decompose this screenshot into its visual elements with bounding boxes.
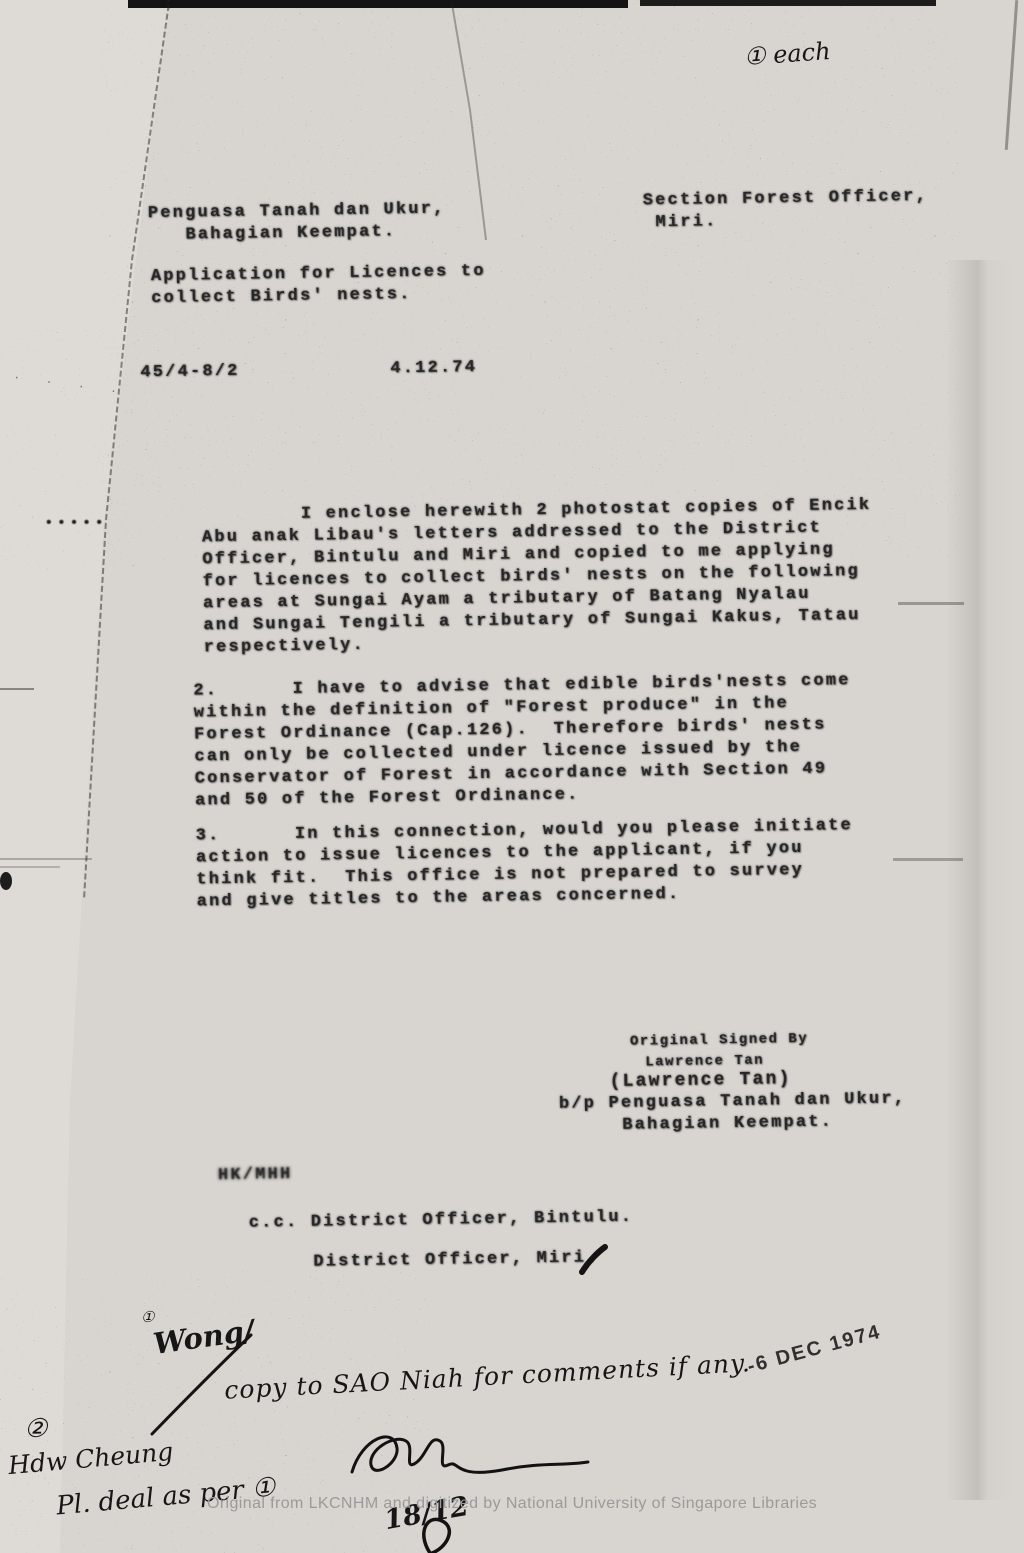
library-watermark: Original from LKCNHM and digitized by Na… xyxy=(0,1495,1024,1513)
signature-title-2: Bahagian Keempat. xyxy=(622,1112,833,1137)
handwritten-marker-2: ② xyxy=(24,1414,47,1444)
cc-line-2: District Officer, Miri. xyxy=(313,1247,599,1273)
cc-line-1: c.c. District Officer, Bintulu. xyxy=(249,1207,634,1235)
handwritten-marker-1: ① xyxy=(141,1308,154,1326)
paragraph-1: I enclose herewith 2 photostat copies of… xyxy=(201,495,873,660)
letter-date: 4.12.74 xyxy=(390,357,477,380)
scanned-letter-page: · · · · ••••• Penguasa Tanah dan Ukur, B… xyxy=(0,0,1024,1553)
file-reference: 45/4-8/2 xyxy=(140,361,240,385)
typist-initials: HK/MHH xyxy=(218,1164,293,1187)
paragraph-3: 3. In this connection, would you please … xyxy=(196,815,855,913)
signature-title-1: b/p Penguasa Tanah dan Ukur, xyxy=(559,1088,907,1115)
addressee: Section Forest Officer, Miri. xyxy=(643,186,929,234)
paragraph-2: 2. I have to advise that edible birds'ne… xyxy=(193,670,852,812)
signature-name-paren: (Lawrence Tan) xyxy=(609,1068,791,1093)
signature-original-signed: Original Signed By xyxy=(630,1030,808,1051)
sender-address: Penguasa Tanah dan Ukur, Bahagian Keempa… xyxy=(148,199,446,248)
subject-line: Application for Licences to collect Bird… xyxy=(151,261,487,310)
